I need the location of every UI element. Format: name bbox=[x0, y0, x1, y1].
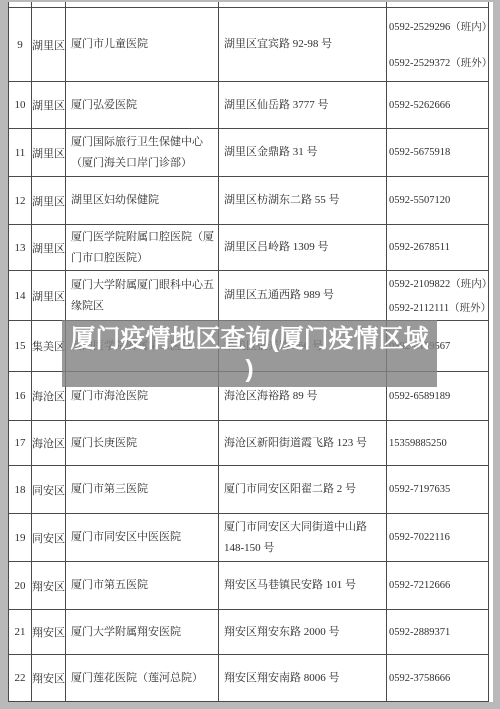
watermark-title: 厦门疫情地区查询(厦门疫情区域 ) bbox=[62, 320, 437, 387]
phone-cell: 0592-5262666 bbox=[387, 82, 489, 128]
table-row: 22 翔安区 厦门莲花医院（莲河总院） 翔安区翔安南路 8006 号 0592-… bbox=[9, 655, 489, 702]
phone-line: 0592-2112111（班外） bbox=[389, 300, 491, 315]
hospital-cell: 厦门市儿童医院 bbox=[66, 8, 219, 81]
phone-cell: 0592-7022116 bbox=[387, 514, 489, 561]
phone-line: 0592-2529372（班外） bbox=[389, 55, 492, 70]
district-cell: 湖里区 bbox=[32, 177, 66, 224]
district-cell: 同安区 bbox=[32, 466, 66, 513]
table-row: 14 湖里区 厦门大学附属厦门眼科中心五缘院区 湖里区五通西路 989 号 05… bbox=[9, 271, 489, 321]
address-cell: 湖里区宜宾路 92-98 号 bbox=[219, 8, 387, 81]
row-number-cell: 19 bbox=[9, 514, 32, 561]
hospital-cell: 厦门大学附属厦门眼科中心五缘院区 bbox=[66, 271, 219, 320]
address-cell: 湖里区枋湖东二路 55 号 bbox=[219, 177, 387, 224]
phone-line: 0592-2529296（班内） bbox=[389, 19, 492, 34]
phone-cell: 0592-2109822（班内） 0592-2112111（班外） bbox=[387, 271, 489, 320]
phone-cell: 0592-2678511 bbox=[387, 225, 489, 270]
district-cell bbox=[32, 2, 66, 7]
row-number-cell: 10 bbox=[9, 82, 32, 128]
hospital-cell: 厦门莲花医院（莲河总院） bbox=[66, 655, 219, 701]
district-cell: 翔安区 bbox=[32, 610, 66, 654]
row-number-cell: 22 bbox=[9, 655, 32, 701]
watermark-line1: 厦门疫情地区查询(厦门疫情区域 bbox=[62, 324, 437, 354]
phone-cell: 0592-3758666 bbox=[387, 655, 489, 701]
row-number-cell: 15 bbox=[9, 321, 32, 371]
district-cell: 湖里区 bbox=[32, 271, 66, 320]
hospital-cell: 厦门长庚医院 bbox=[66, 421, 219, 465]
address-cell bbox=[219, 2, 387, 7]
district-cell: 翔安区 bbox=[32, 655, 66, 701]
table-row: 21 翔安区 厦门大学附属翔安医院 翔安区翔安东路 2000 号 0592-28… bbox=[9, 610, 489, 655]
address-cell: 厦门市同安区阳翟二路 2 号 bbox=[219, 466, 387, 513]
table-row: 20 翔安区 厦门市第五医院 翔安区马巷镇民安路 101 号 0592-7212… bbox=[9, 562, 489, 610]
table-row: 17 海沧区 厦门长庚医院 海沧区新阳街道霞飞路 123 号 153598852… bbox=[9, 421, 489, 466]
row-number-cell: 17 bbox=[9, 421, 32, 465]
watermark-line2: ) bbox=[62, 354, 437, 384]
hospital-cell bbox=[66, 2, 219, 7]
table-row: 10 湖里区 厦门弘爱医院 湖里区仙岳路 3777 号 0592-5262666 bbox=[9, 82, 489, 129]
hospital-cell: 厦门国际旅行卫生保健中心（厦门海关口岸门诊部） bbox=[66, 129, 219, 176]
row-number-cell: 13 bbox=[9, 225, 32, 270]
row-number-cell: 14 bbox=[9, 271, 32, 320]
row-number-cell: 21 bbox=[9, 610, 32, 654]
address-cell: 湖里区五通西路 989 号 bbox=[219, 271, 387, 320]
row-number-cell: 11 bbox=[9, 129, 32, 176]
phone-cell: 0592-5675918 bbox=[387, 129, 489, 176]
hospital-cell: 厦门市第三医院 bbox=[66, 466, 219, 513]
phone-cell: 0592-7212666 bbox=[387, 562, 489, 609]
district-cell: 湖里区 bbox=[32, 8, 66, 81]
row-number-cell: 12 bbox=[9, 177, 32, 224]
table-row: 9 湖里区 厦门市儿童医院 湖里区宜宾路 92-98 号 0592-252929… bbox=[9, 8, 489, 82]
hospital-cell: 厦门市第五医院 bbox=[66, 562, 219, 609]
district-cell: 同安区 bbox=[32, 514, 66, 561]
row-number-cell: 16 bbox=[9, 372, 32, 420]
district-cell: 海沧区 bbox=[32, 421, 66, 465]
phone-cell bbox=[387, 2, 489, 7]
address-cell: 翔安区翔安南路 8006 号 bbox=[219, 655, 387, 701]
address-cell: 湖里区金鼎路 31 号 bbox=[219, 129, 387, 176]
row-number-cell: 20 bbox=[9, 562, 32, 609]
address-cell: 翔安区马巷镇民安路 101 号 bbox=[219, 562, 387, 609]
hospital-cell: 湖里区妇幼保健院 bbox=[66, 177, 219, 224]
hospital-cell: 厦门医学院附属口腔医院（厦门市口腔医院） bbox=[66, 225, 219, 270]
district-cell: 海沧区 bbox=[32, 372, 66, 420]
hospital-cell: 厦门大学附属翔安医院 bbox=[66, 610, 219, 654]
phone-cell: 0592-7197635 bbox=[387, 466, 489, 513]
phone-cell: 0592-2529296（班内） 0592-2529372（班外） bbox=[387, 8, 489, 81]
row-number-cell bbox=[9, 2, 32, 7]
district-cell: 湖里区 bbox=[32, 82, 66, 128]
phone-cell: 0592-5507120 bbox=[387, 177, 489, 224]
row-number-cell: 9 bbox=[9, 8, 32, 81]
phone-cell: 15359885250 bbox=[387, 421, 489, 465]
phone-line: 0592-2109822（班内） bbox=[389, 276, 492, 291]
district-cell: 翔安区 bbox=[32, 562, 66, 609]
address-cell: 海沧区新阳街道霞飞路 123 号 bbox=[219, 421, 387, 465]
hospital-cell: 厦门市同安区中医医院 bbox=[66, 514, 219, 561]
table-row: 11 湖里区 厦门国际旅行卫生保健中心（厦门海关口岸门诊部） 湖里区金鼎路 31… bbox=[9, 129, 489, 177]
address-cell: 湖里区仙岳路 3777 号 bbox=[219, 82, 387, 128]
district-cell: 集美区 bbox=[32, 321, 66, 371]
address-cell: 湖里区吕岭路 1309 号 bbox=[219, 225, 387, 270]
district-cell: 湖里区 bbox=[32, 129, 66, 176]
table-row: 12 湖里区 湖里区妇幼保健院 湖里区枋湖东二路 55 号 0592-55071… bbox=[9, 177, 489, 225]
phone-cell: 0592-2889371 bbox=[387, 610, 489, 654]
district-cell: 湖里区 bbox=[32, 225, 66, 270]
address-cell: 翔安区翔安东路 2000 号 bbox=[219, 610, 387, 654]
address-cell: 厦门市同安区大同街道中山路 148-150 号 bbox=[219, 514, 387, 561]
row-number-cell: 18 bbox=[9, 466, 32, 513]
hospital-cell: 厦门弘爱医院 bbox=[66, 82, 219, 128]
document-page: 9 湖里区 厦门市儿童医院 湖里区宜宾路 92-98 号 0592-252929… bbox=[8, 2, 493, 702]
table-row: 13 湖里区 厦门医学院附属口腔医院（厦门市口腔医院） 湖里区吕岭路 1309 … bbox=[9, 225, 489, 271]
table-row: 18 同安区 厦门市第三医院 厦门市同安区阳翟二路 2 号 0592-71976… bbox=[9, 466, 489, 514]
table-row: 19 同安区 厦门市同安区中医医院 厦门市同安区大同街道中山路 148-150 … bbox=[9, 514, 489, 562]
